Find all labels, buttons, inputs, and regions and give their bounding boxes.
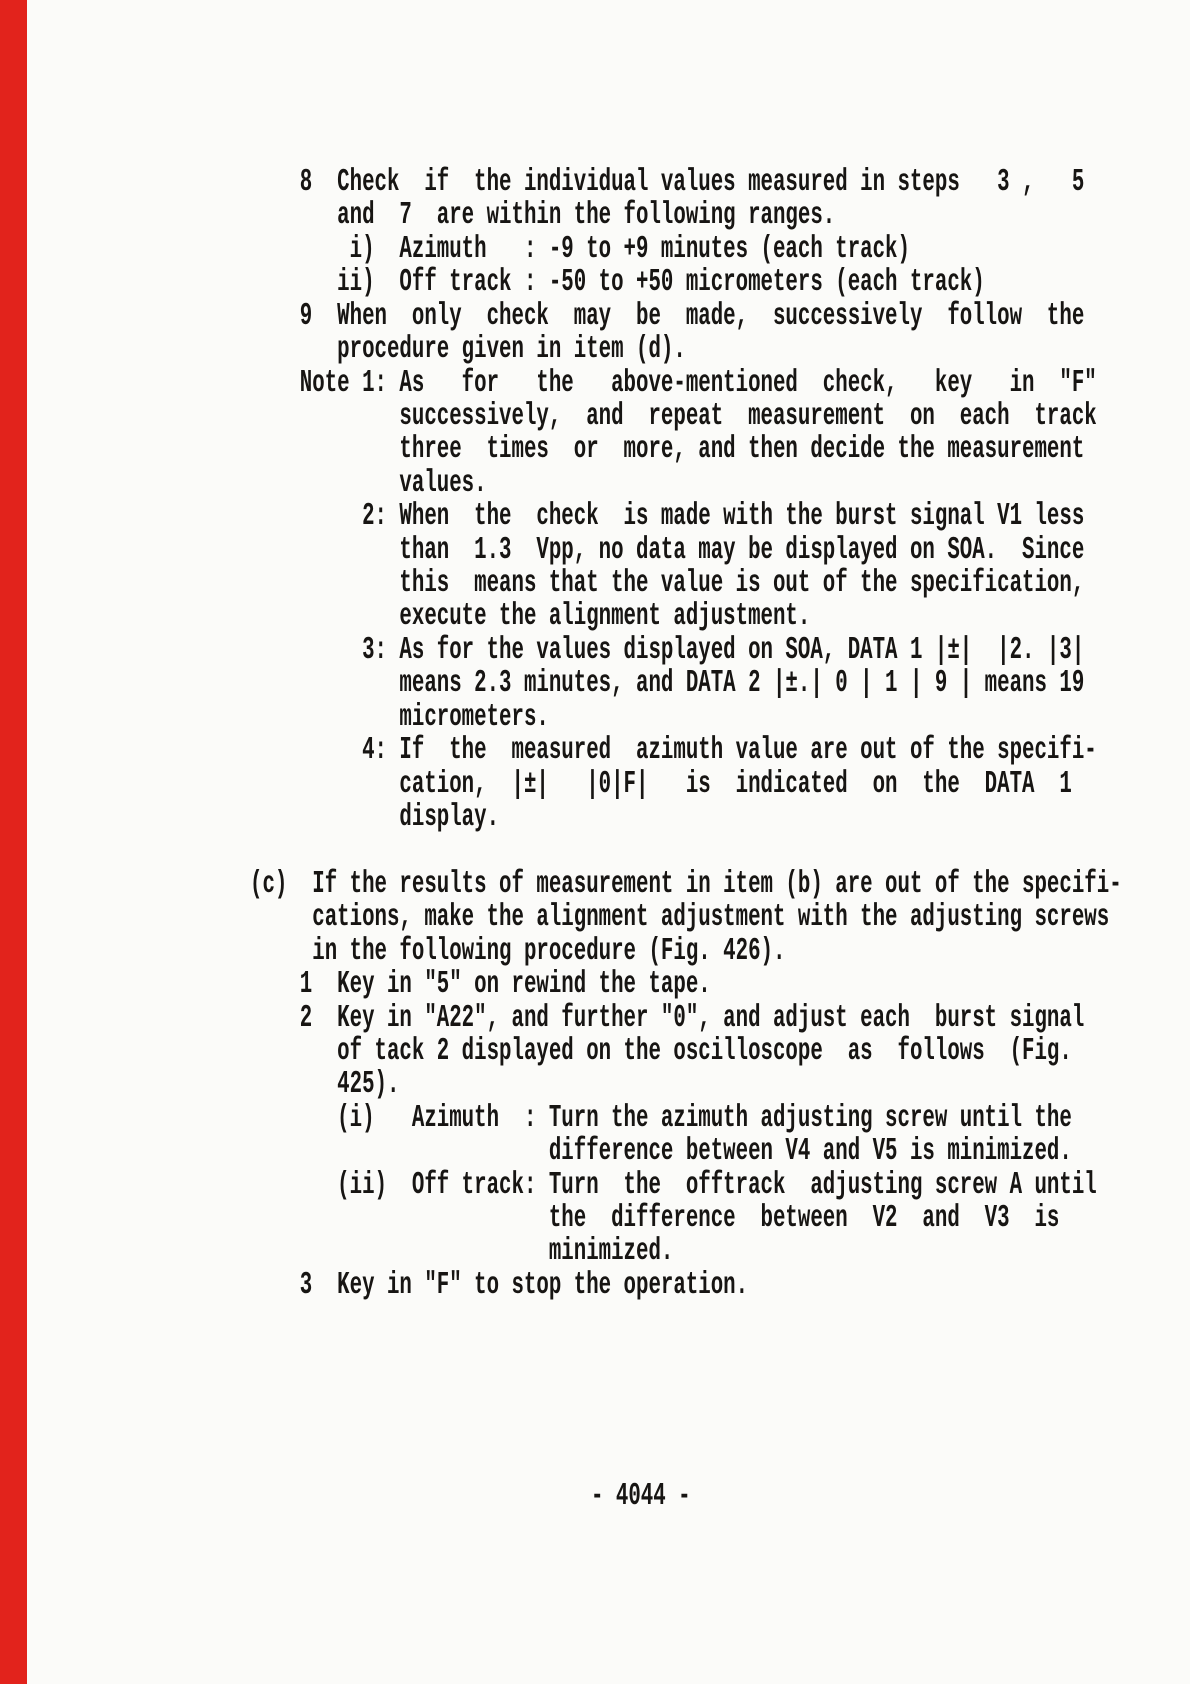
text-line: display.: [250, 804, 499, 835]
text-line: Note 1: As for the above-mentioned check…: [250, 370, 1097, 401]
scanned-manual-page: 8 Check if the individual values measure…: [0, 0, 1190, 1684]
page-number: - 4044 -: [591, 1483, 691, 1514]
text-line: i) Azimuth : -9 to +9 minutes (each trac…: [250, 236, 910, 267]
text-line: values.: [250, 470, 487, 501]
text-line: 9 When only check may be made, successiv…: [250, 303, 1084, 334]
text-line: ii) Off track : -50 to +50 micrometers (…: [250, 269, 985, 300]
text-line: successively, and repeat measurement on …: [250, 403, 1097, 434]
text-line: this means that the value is out of the …: [250, 570, 1084, 601]
text-line: (c) If the results of measurement in ite…: [250, 871, 1122, 902]
text-line: 4: If the measured azimuth value are out…: [250, 737, 1097, 768]
text-line: execute the alignment adjustment.: [250, 603, 810, 634]
text-line: micrometers.: [250, 704, 549, 735]
text-line: three times or more, and then decide the…: [250, 436, 1084, 467]
text-line: difference between V4 and V5 is minimize…: [250, 1138, 1072, 1169]
text-line: 2: When the check is made with the burst…: [250, 503, 1084, 534]
text-line: and 7 are within the following ranges.: [250, 202, 835, 233]
text-line: than 1.3 Vpp, no data may be displayed o…: [250, 537, 1084, 568]
text-line: the difference between V2 and V3 is: [250, 1205, 1059, 1236]
text-line: (i) Azimuth : Turn the azimuth adjusting…: [250, 1105, 1072, 1136]
text-line: means 2.3 minutes, and DATA 2 |±.| 0 | 1…: [250, 670, 1084, 701]
text-line: minimized.: [250, 1238, 673, 1269]
text-line: procedure given in item (d).: [250, 336, 686, 367]
text-line: of tack 2 displayed on the oscilloscope …: [250, 1038, 1072, 1069]
text-line: 8 Check if the individual values measure…: [250, 169, 1084, 200]
text-line: 425).: [250, 1071, 399, 1102]
text-line: cations, make the alignment adjustment w…: [250, 904, 1109, 935]
text-line: 3: As for the values displayed on SOA, D…: [250, 637, 1084, 668]
text-line: 3 Key in "F" to stop the operation.: [250, 1272, 748, 1303]
text-line: in the following procedure (Fig. 426).: [250, 938, 785, 969]
text-line: (ii) Off track: Turn the offtrack adjust…: [250, 1172, 1097, 1203]
text-line: 2 Key in "A22", and further "0", and adj…: [250, 1005, 1084, 1036]
text-line: 1 Key in "5" on rewind the tape.: [250, 971, 711, 1002]
text-line: cation, |±| |0|F| is indicated on the DA…: [250, 771, 1072, 802]
